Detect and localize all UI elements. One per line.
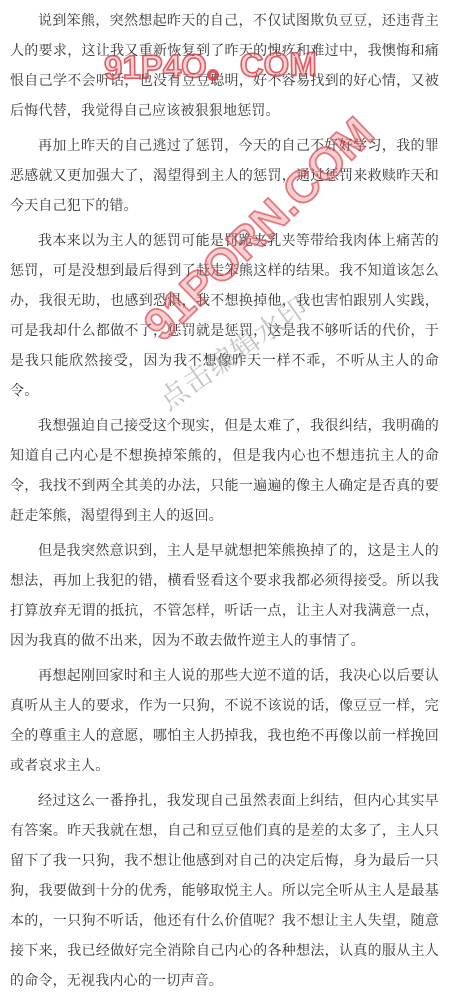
paragraph: 经过这么一番挣扎，我发现自己虽然表面上纠结，但内心其实早有答案。昨天我就在想，自… xyxy=(10,785,439,995)
article-body: 说到笨熊，突然想起昨天的自己，不仅试图欺负豆豆，还违背主人的要求，这让我又重新恢… xyxy=(0,0,449,1000)
paragraph: 我本来以为主人的惩罚可能是罚跪夹乳夹等带给我肉体上痛苦的惩罚，可是没想到最后得到… xyxy=(10,225,439,405)
paragraph: 再加上昨天的自己逃过了惩罚，今天的自己不好好学习，我的罪恶感就又更加强大了，渴望… xyxy=(10,130,439,220)
paragraph: 但是我突然意识到，主人是早就想把笨熊换掉了的，这是主人的想法，再加上我犯的错，横… xyxy=(10,535,439,655)
paragraph: 我想强迫自己接受这个现实，但是太难了，我很纠结，我明确的知道自己内心是不想换掉笨… xyxy=(10,410,439,530)
paragraph: 再想起刚回家时和主人说的那些大逆不道的话，我决心以后要认真听从主人的要求，作为一… xyxy=(10,660,439,780)
paragraph: 说到笨熊，突然想起昨天的自己，不仅试图欺负豆豆，还违背主人的要求，这让我又重新恢… xyxy=(10,5,439,125)
